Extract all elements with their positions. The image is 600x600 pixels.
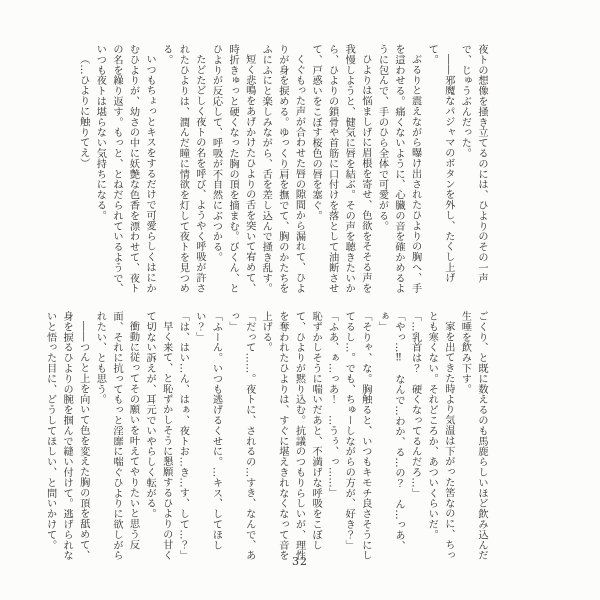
paragraph: 恥ずかしそうに喘いだあと、不満げな呼吸をこぼして、ひよりが黙り込む。抗議のつもり…	[257, 311, 323, 563]
paragraph: 短く悲鳴をあげかけたひよりの舌を突いて宥めて、時折きゅっと硬くなった胸の頂を摘ま…	[207, 44, 257, 296]
dialogue-line: 「は、はい…ん、はぁ、夜トお…き…す、して…？」	[174, 311, 191, 563]
paragraph: 家を出てきた時より気温は下がった筈なのに、ちっとも寒くない。それどころか、あつい…	[423, 311, 456, 563]
paragraph: くぐもった声が合わせた唇の隙間から漏れて、ひよりが身を捩める。ゆっくり肩を撫でて…	[257, 44, 307, 296]
dialogue-line: 「ふあ、ぁ…っあ！ …うぅ、っ……」	[323, 311, 340, 563]
dialogue-line: 「ふーん。いつも逃げるくせに。…キス、してほしい？」	[190, 311, 223, 563]
paragraph: 夜トの想像を掻き立てるのには、ひよりのその一声で、じゅうぶんだった。	[456, 44, 489, 296]
paragraph: ひよりは悩ましげに眉根を寄せ、色欲をそそる声を我慢しようと、健気に唇を結ぶ。その…	[306, 44, 372, 296]
dialogue-line: 「だって……。夜トに、されるの…すき、なんで、あっ」	[224, 311, 257, 563]
paragraph: ぶるりと震えながら曝け出されたひよりの胸へ、手を這わせる。痛くないように、心臓の…	[373, 44, 423, 296]
page-number: 32	[0, 555, 600, 568]
paragraph: いつもちょっとキスをするだけで可愛らしくはにかむひよりが、幼さの中に妖艶な色香を…	[91, 44, 157, 296]
paragraph: 衝動に従ってその願いを叶えてやりたいと思う反面、それに抗ってもっと淫靡に喘ぐひよ…	[91, 311, 141, 563]
text-block-bottom: ごくり、と既に数えるのも馬鹿らしいほど飲み込んだ生唾を飲み下す。 家を出てきた時…	[107, 311, 489, 563]
paragraph: ごくり、と既に数えるのも馬鹿らしいほど飲み込んだ生唾を飲み下す。	[456, 311, 489, 563]
paragraph: 早く来て、と恥ずかしそうに懇願するひよりの甘くて切ない訴えが、耳元でいやらしく転…	[141, 311, 174, 563]
dialogue-line: 「…乳首は？ 硬くなってるんだろ…」	[406, 311, 423, 563]
paragraph: ――邪魔なパジャマのボタンを外し、たくし上げて。	[423, 44, 456, 296]
text-block-top: 夜トの想像を掻き立てるのには、ひよりのその一声で、じゅうぶんだった。 ――邪魔な…	[107, 44, 489, 296]
paragraph: たどたどしく夜トの名を呼び、ようやく呼吸が許されたひよりは、潤んだ瞳に情欲を灯し…	[157, 44, 207, 296]
novel-page: 夜トの想像を掻き立てるのには、ひよりのその一声で、じゅうぶんだった。 ――邪魔な…	[0, 0, 600, 600]
paragraph: （…ひよりに触りてえ）	[74, 44, 91, 296]
dialogue-line: 「そりゃ、な。胸触ると、いつもキモチ良さそうにしてるし…。でも、ちゅーしながらの…	[340, 311, 373, 563]
paragraph: ――つんと上を向いて色を変えた胸の頂を舐めて、身を捩るひよりの腕を掴んで縫い付け…	[41, 311, 91, 563]
dialogue-line: 「やっ…‼ なんで…わか、る…の？ ん…っあ、ぁ」	[373, 311, 406, 563]
